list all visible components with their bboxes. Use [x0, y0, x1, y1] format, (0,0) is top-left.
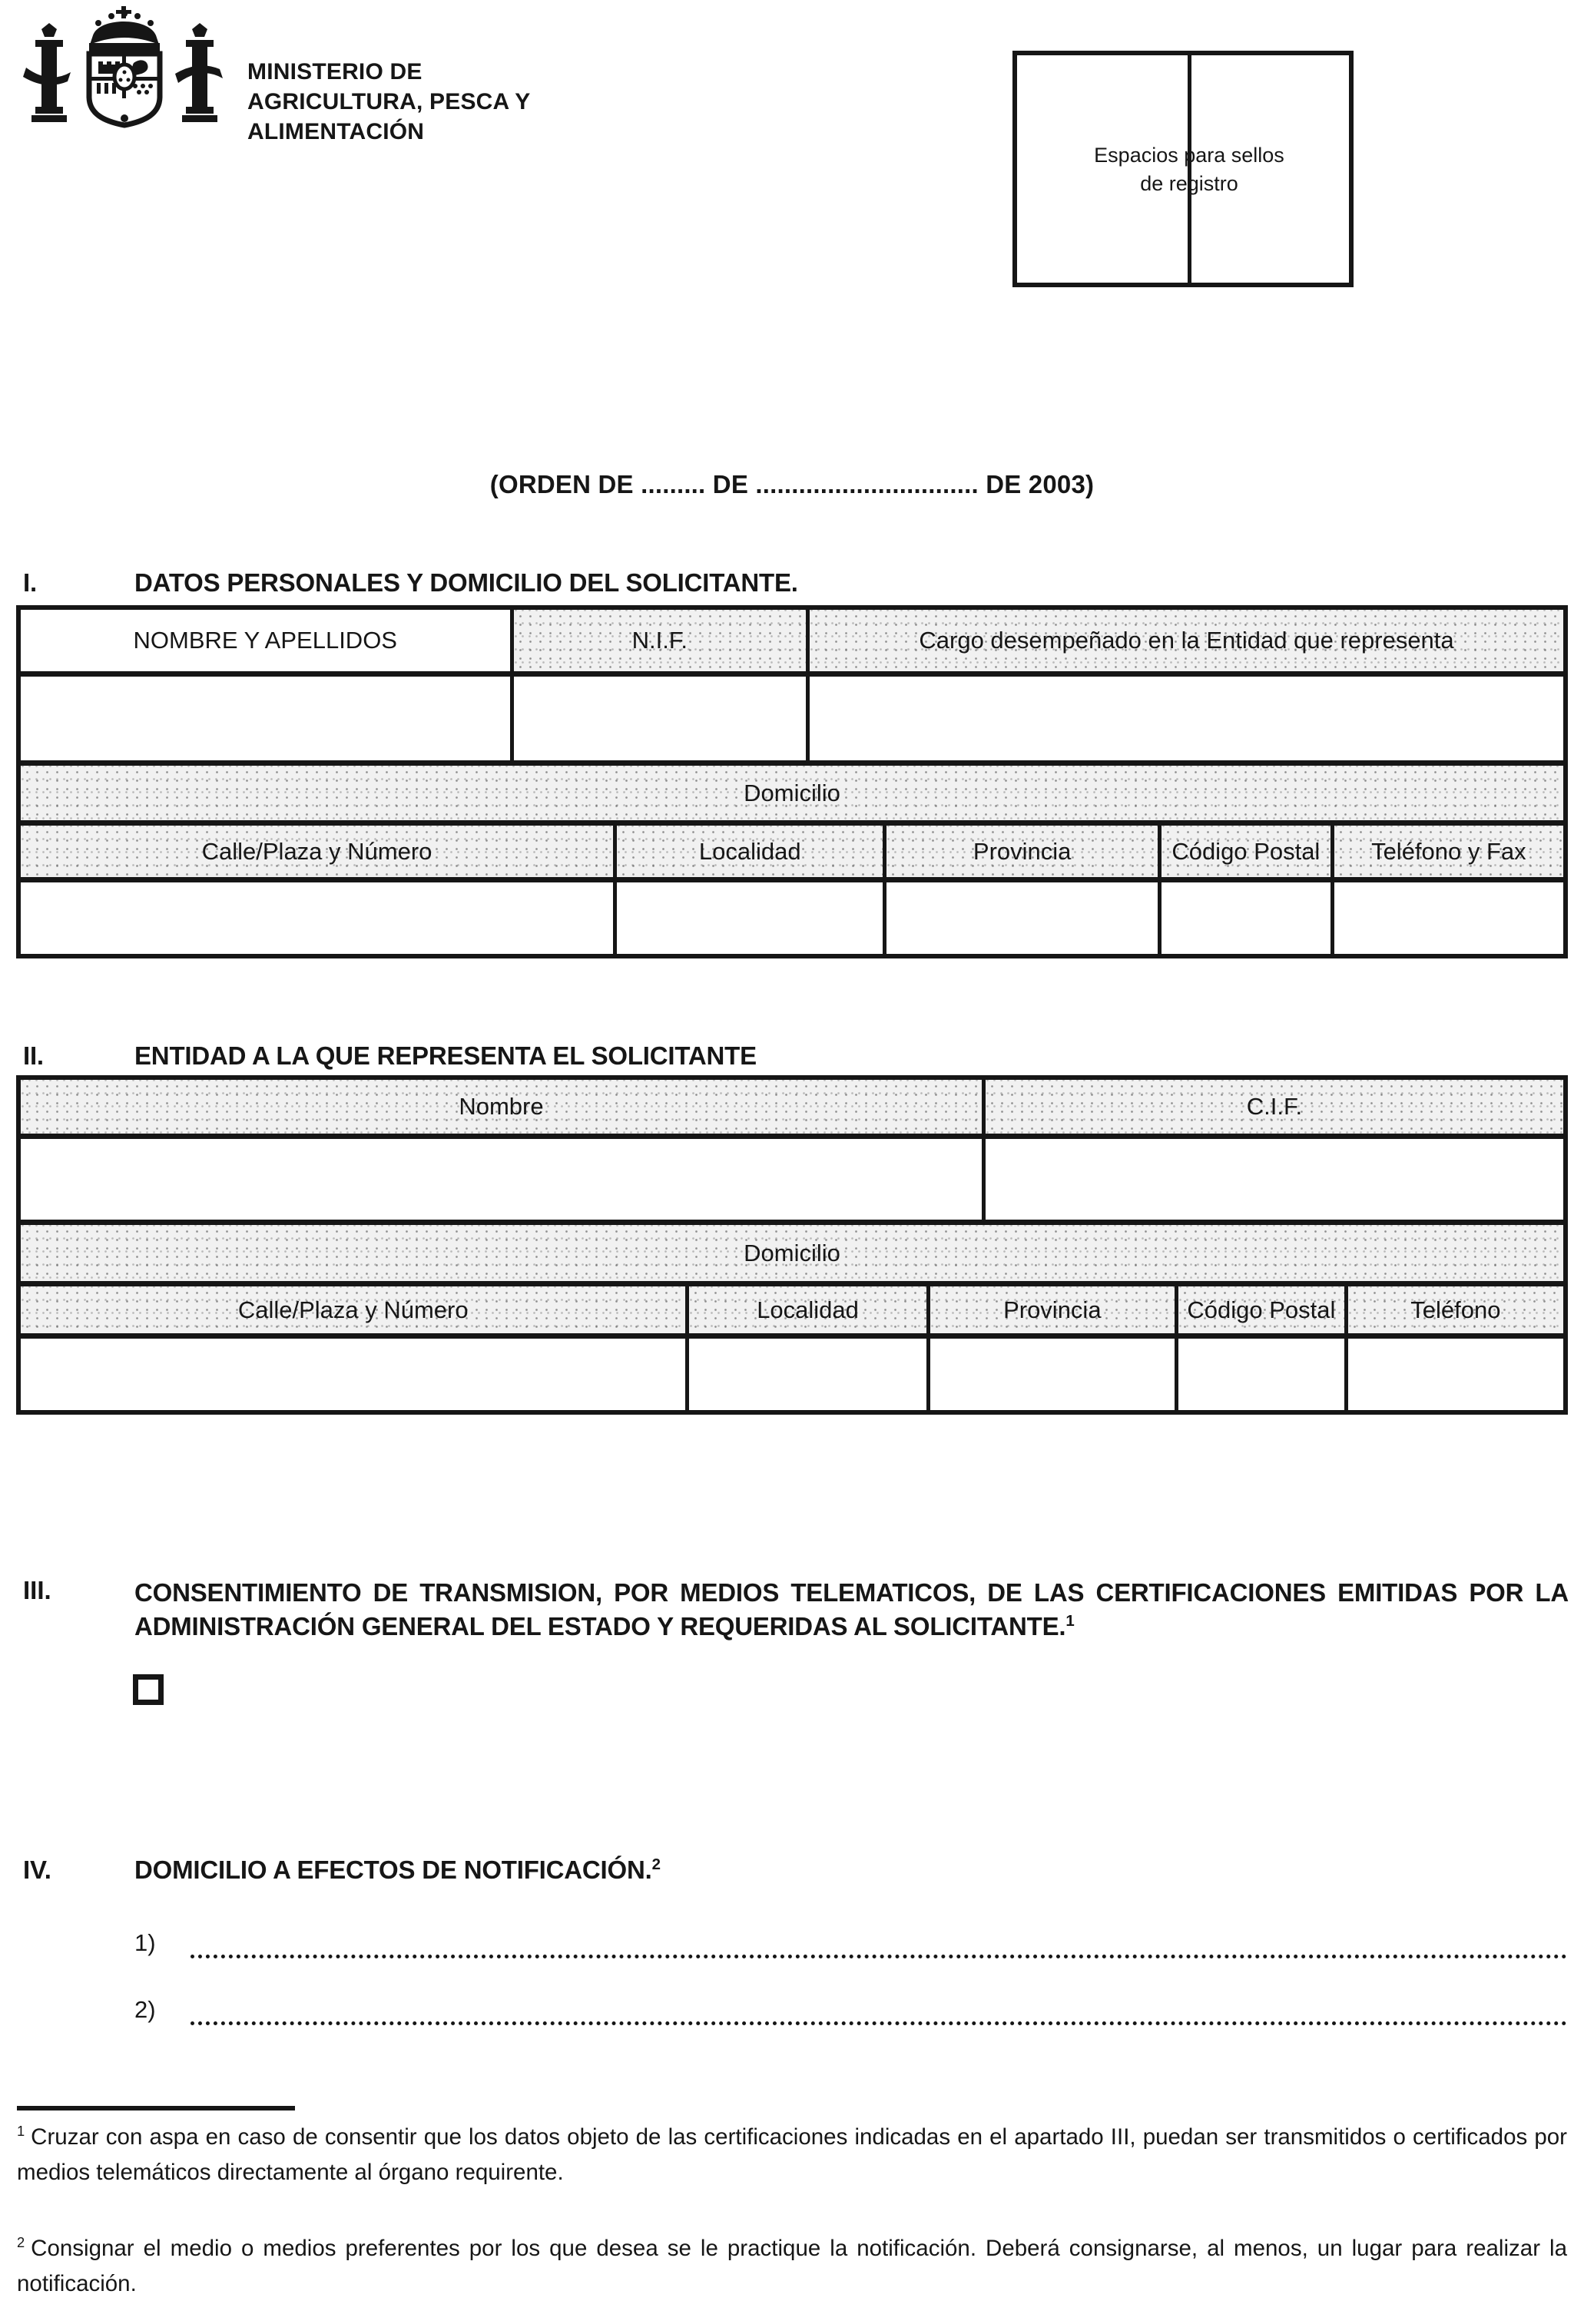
ministry-line-2: AGRICULTURA, PESCA Y	[247, 87, 530, 117]
field-provincia-1[interactable]	[883, 882, 1157, 954]
entity-header-row: Nombre C.I.F.	[21, 1080, 1563, 1134]
footnote-1-ref: 1	[17, 2123, 25, 2139]
header-localidad-1: Localidad	[613, 826, 883, 877]
field-cargo[interactable]	[806, 677, 1563, 760]
field-localidad-1[interactable]	[613, 882, 883, 954]
header-codigo-postal-1: Código Postal	[1158, 826, 1330, 877]
ministry-line-1: MINISTERIO DE	[247, 57, 530, 87]
notification-address-line-2[interactable]	[191, 1991, 1567, 2025]
notification-item-1: 1)	[134, 1924, 1567, 1958]
field-entity-nombre[interactable]	[21, 1139, 982, 1220]
ministry-name: MINISTERIO DE AGRICULTURA, PESCA Y ALIME…	[247, 57, 530, 147]
applicant-address-header-row: Calle/Plaza y Número Localidad Provincia…	[21, 820, 1563, 877]
order-reference-line: (ORDEN DE ......... DE .................…	[0, 470, 1584, 499]
applicant-input-row	[21, 671, 1563, 760]
field-localidad-2[interactable]	[685, 1339, 926, 1410]
entity-address-input-row	[21, 1333, 1563, 1410]
section-2-heading: II. ENTIDAD A LA QUE REPRESENTA EL SOLIC…	[23, 1041, 1567, 1071]
footnote-2-ref: 2	[17, 2234, 25, 2250]
applicant-address-input-row	[21, 877, 1563, 954]
label-domicilio-1: Domicilio	[21, 766, 1563, 820]
notification-address-line-1[interactable]	[191, 1924, 1567, 1958]
section-3-heading: III. CONSENTIMIENTO DE TRANSMISION, POR …	[23, 1576, 1569, 1644]
entity-input-row	[21, 1134, 1563, 1220]
header-localidad-2: Localidad	[685, 1286, 926, 1333]
header-nif: N.I.F.	[510, 610, 807, 671]
registry-stamp-box: Espacios para sellos de registro	[1012, 51, 1354, 287]
header-calle-2: Calle/Plaza y Número	[21, 1286, 685, 1333]
field-telefono[interactable]	[1344, 1339, 1563, 1410]
section-1-title: DATOS PERSONALES Y DOMICILIO DEL SOLICIT…	[134, 568, 1567, 598]
section-4-number: IV.	[23, 1856, 134, 1885]
ministry-line-3: ALIMENTACIÓN	[247, 117, 530, 147]
notification-item-2: 2)	[134, 1991, 1567, 2025]
section-3-title-text: CONSENTIMIENTO DE TRANSMISION, POR MEDIO…	[134, 1578, 1569, 1640]
header-provincia-2: Provincia	[926, 1286, 1175, 1333]
header-entity-nombre: Nombre	[21, 1080, 982, 1134]
field-codigo-postal-1[interactable]	[1158, 882, 1330, 954]
header-calle-1: Calle/Plaza y Número	[21, 826, 613, 877]
entity-table: Nombre C.I.F. Domicilio Calle/Plaza y Nú…	[16, 1075, 1568, 1415]
field-nombre-apellidos[interactable]	[21, 677, 510, 760]
stamp-label-line-2: de registro	[1065, 170, 1314, 198]
stamp-label-line-1: Espacios para sellos	[1065, 141, 1314, 170]
field-calle-1[interactable]	[21, 882, 613, 954]
label-domicilio-2: Domicilio	[21, 1225, 1563, 1281]
applicant-domicilio-row: Domicilio	[21, 760, 1563, 820]
field-codigo-postal-2[interactable]	[1175, 1339, 1344, 1410]
field-nif[interactable]	[510, 677, 807, 760]
header-nombre-apellidos: NOMBRE Y APELLIDOS	[21, 610, 510, 671]
footnote-2-text: Consignar el medio o medios preferentes …	[17, 2236, 1567, 2296]
entity-address-header-row: Calle/Plaza y Número Localidad Provincia…	[21, 1281, 1563, 1333]
header-telefono-fax: Teléfono y Fax	[1330, 826, 1563, 877]
entity-domicilio-row: Domicilio	[21, 1220, 1563, 1281]
header-cargo: Cargo desempeñado en la Entidad que repr…	[806, 610, 1563, 671]
section-2-number: II.	[23, 1041, 134, 1071]
section-4-title: DOMICILIO A EFECTOS DE NOTIFICACIÓN.2	[134, 1856, 1567, 1885]
header-cif: C.I.F.	[982, 1080, 1563, 1134]
field-calle-2[interactable]	[21, 1339, 685, 1410]
footnote-ref-1-marker: 1	[1065, 1612, 1074, 1630]
header-codigo-postal-2: Código Postal	[1175, 1286, 1344, 1333]
field-cif[interactable]	[982, 1139, 1563, 1220]
section-1-heading: I. DATOS PERSONALES Y DOMICILIO DEL SOLI…	[23, 568, 1567, 598]
section-4-title-text: DOMICILIO A EFECTOS DE NOTIFICACIÓN.	[134, 1856, 652, 1884]
footnote-1-text: Cruzar con aspa en caso de consentir que…	[17, 2124, 1567, 2185]
footnote-1: 1Cruzar con aspa en caso de consentir qu…	[17, 2120, 1567, 2190]
field-telefono-fax[interactable]	[1330, 882, 1563, 954]
section-3-title: CONSENTIMIENTO DE TRANSMISION, POR MEDIO…	[134, 1576, 1569, 1644]
section-3-number: III.	[23, 1576, 134, 1644]
consent-checkbox[interactable]	[133, 1674, 164, 1705]
footnote-ref-2-marker: 2	[652, 1856, 661, 1873]
stamp-box-label: Espacios para sellos de registro	[1065, 141, 1314, 198]
header-telefono: Teléfono	[1344, 1286, 1563, 1333]
notification-item-2-label: 2)	[134, 1996, 191, 2025]
section-2-title: ENTIDAD A LA QUE REPRESENTA EL SOLICITAN…	[134, 1041, 1567, 1071]
field-provincia-2[interactable]	[926, 1339, 1175, 1410]
applicant-table: NOMBRE Y APELLIDOS N.I.F. Cargo desempeñ…	[16, 605, 1568, 958]
header-provincia-1: Provincia	[883, 826, 1157, 877]
footnote-2: 2Consignar el medio o medios preferentes…	[17, 2231, 1567, 2302]
footnote-separator	[17, 2106, 295, 2110]
spain-coat-of-arms-icon	[12, 3, 237, 144]
document-page: MINISTERIO DE AGRICULTURA, PESCA Y ALIME…	[0, 0, 1584, 2324]
section-1-number: I.	[23, 568, 134, 598]
section-4-heading: IV. DOMICILIO A EFECTOS DE NOTIFICACIÓN.…	[23, 1856, 1567, 1885]
notification-item-1-label: 1)	[134, 1929, 191, 1958]
applicant-header-row: NOMBRE Y APELLIDOS N.I.F. Cargo desempeñ…	[21, 610, 1563, 671]
